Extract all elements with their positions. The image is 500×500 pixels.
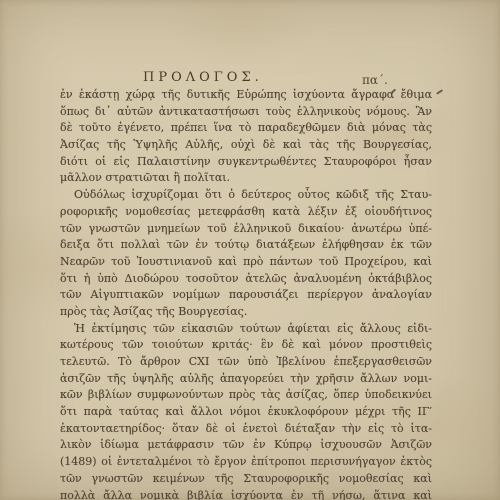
paragraph: Ἡ ἐκτίμησις τῶν εἰκασιῶν τούτων ἀφίεται … [60,321,432,500]
text-line: τῶν γνωστῶν κειμένων τῆς Σταυροφορικῆς ν… [60,471,432,488]
text-line: ὅπως δι᾽ αὐτῶν ἀντικαταστήσωσι τοὺς ἑλλη… [60,104,432,121]
paragraph: Οὐδόλως ἰσχυρίζομαι ὅτι ὁ δεύτερος οὗτος… [60,187,432,321]
text-line: τελευτῶ. Τὸ ἄρθρον CXI τῶν ὑπὸ Ἰβελίνου … [60,354,432,371]
text-line: τῶν Αἰγυπτιακῶν νομίμων παρουσιάζει περί… [60,287,432,304]
text-line: Νεαρῶν τοῦ Ἰουστινιανοῦ καὶ πρὸ πάντων τ… [60,254,432,271]
text-line: μᾶλλον στρατιῶται ἢ πολῖται. [60,170,432,187]
text-block: ἐν ἑκάστῃ χώρᾳ τῆς δυτικῆς Εὐρώπης ἰσχύο… [60,87,432,500]
text-line: ἀσιζῶν τῆς ὑψηλῆς αὐλῆς ἀπαγορεύει τὴν χ… [60,371,432,388]
text-line: Ἡ ἐκτίμησις τῶν εἰκασιῶν τούτων ἀφίεται … [60,321,432,338]
text-line: τῶν γνωστῶν μνημείων τοῦ ἑλληνικοῦ δικαί… [60,221,432,238]
text-line: ὅτι ἡ ὑπὸ Διοδώρου τοσοῦτον ἀτελῶς ἀναλυ… [60,271,432,288]
page-number: πα΄. [362,73,388,87]
text-line: δὲ τοῦτο ἐγένετο, πρέπει ἵνα τὸ παραδεχθ… [60,120,432,137]
text-line: ροφορικῆς νομοθεσίας μετεφράσθη κατὰ λέξ… [60,204,432,221]
text-line: Ἀσίζας τῆς Ὑψηλῆς Αὐλῆς, οὐχὶ δὲ καὶ τὰς… [60,137,432,154]
ink-mark [436,89,443,94]
text-line: πολλὰ ἄλλα νομικὰ βιβλία ἰσχύοντα ἐν τῇ … [60,488,432,500]
page-title: ΠΡΟΛΟΓΟΣ. [143,70,263,85]
text-line: ἐν ἑκάστῃ χώρᾳ τῆς δυτικῆς Εὐρώπης ἰσχύο… [60,87,432,104]
book-page: ΠΡΟΛΟΓΟΣ. πα΄. ἐν ἑκάστῃ χώρᾳ τῆς δυτικῆ… [0,0,500,500]
text-line: δειξα ὅτι πολλαὶ τῶν ἐν τούτῳ διατάξεων … [60,237,432,254]
text-line: κῶν βιβλίων συμφωνούντων πρὸς τὰς ἀσίζας… [60,387,432,404]
text-line: κωτέρους τῶν τοιούτων κριτάς· ἓν δὲ καὶ … [60,337,432,354]
paragraph: ἐν ἑκάστῃ χώρᾳ τῆς δυτικῆς Εὐρώπης ἰσχύο… [60,87,432,187]
text-line: πρὸς τὰς Ἀσίζας τῆς Βουργεσίας. [60,304,432,321]
text-line: ὅτι παρὰ ταύτας καὶ ἄλλοι νόμοι ἐκυκλοφό… [60,404,432,421]
text-line: Οὐδόλως ἰσχυρίζομαι ὅτι ὁ δεύτερος οὗτος… [60,187,432,204]
text-line: (1489) οἱ ἐντεταλμένοι τὸ ἔργον ἐπίτροπο… [60,454,432,471]
text-line: διότι οἱ εἰς Παλαιστίνην συγκεντρωθέντες… [60,154,432,171]
text-line: λικὸν ἰδίωμα μετάφρασιν τῶν ἐν Κύπρῳ ἰσχ… [60,437,432,454]
text-line: ἑκατονταετηρίδος· ὅταν δὲ οἱ ἑνετοὶ διέτ… [60,421,432,438]
